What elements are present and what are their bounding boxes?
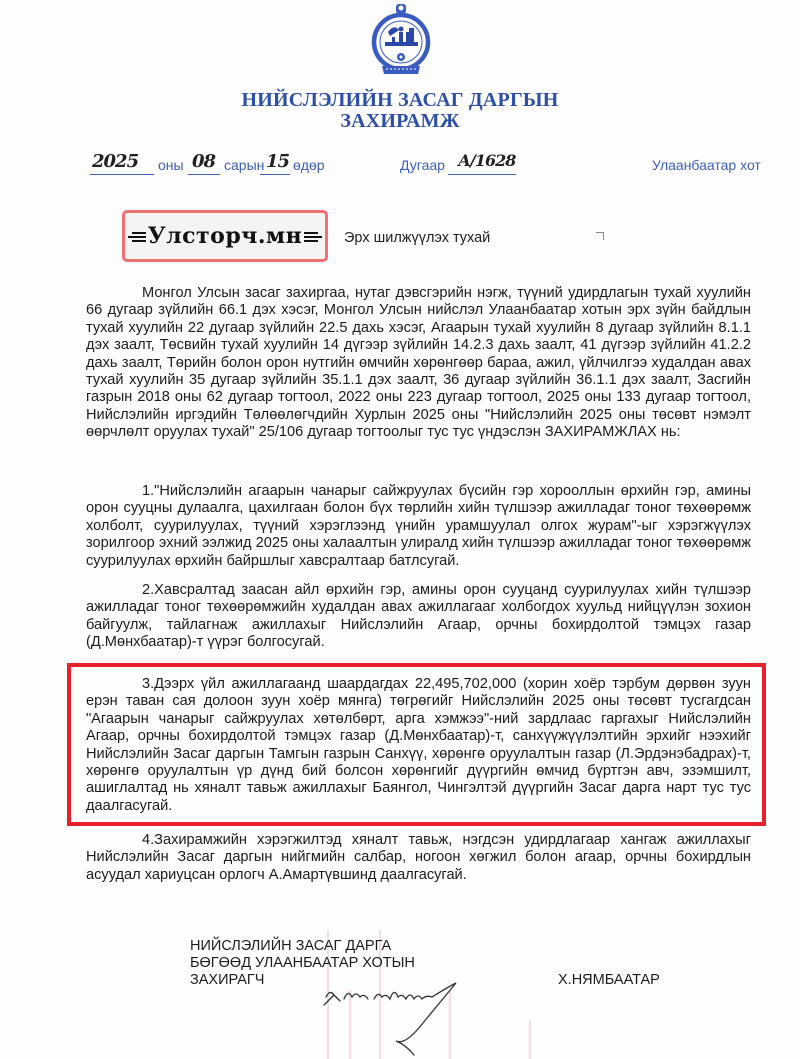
logo-right-wing-icon	[304, 231, 322, 241]
month-label: сарын	[224, 157, 264, 173]
document-subject: Эрх шилжүүлэх тухай	[344, 230, 490, 246]
item-text: Дээрх үйл ажиллагаанд шаардагдах 22,495,…	[86, 676, 751, 814]
item-number: 2.	[142, 582, 154, 598]
handwritten-year: 2025	[92, 151, 138, 172]
preamble-text: Монгол Улсын засаг захиргаа, нутаг дэвсг…	[86, 285, 751, 440]
ulstorch-watermark-logo: Улсторч.мн	[122, 210, 328, 262]
item-number: 4.	[142, 832, 154, 848]
decree-item-1: 1."Нийслэлийн агаарын чанарыг сайжруулах…	[86, 483, 751, 570]
item-number: 1.	[142, 483, 154, 499]
number-label: Дугаар	[400, 157, 445, 173]
preamble-paragraph: Монгол Улсын засаг захиргаа, нутаг дэвсг…	[86, 285, 751, 442]
state-emblem-soyombo-icon	[368, 2, 434, 82]
day-label: өдөр	[293, 157, 325, 173]
decree-item-2: 2.Хавсралтад заасан айл өрхийн гэр, амин…	[86, 582, 751, 652]
issuing-authority-title: НИЙСЛЭЛИЙН ЗАСАГ ДАРГЫН	[0, 89, 800, 112]
number-underline	[448, 174, 516, 175]
day-underline	[260, 174, 290, 175]
handwritten-signature	[318, 975, 468, 1059]
handwritten-number: А/1628	[458, 151, 515, 170]
signatory-name: Х.НЯМБААТАР	[558, 972, 660, 988]
document-type-title: ЗАХИРАМЖ	[0, 110, 800, 133]
decree-item-4: 4.Захирамжийн хэрэгжилтэд хяналт тавьж, …	[86, 832, 751, 884]
item-number: 3.	[142, 676, 154, 692]
year-label: оны	[158, 157, 184, 173]
item-text: Хавсралтад заасан айл өрхийн гэр, амины …	[86, 582, 751, 650]
place-label: Улаанбаатар хот	[652, 157, 761, 173]
position-line-1: НИЙСЛЭЛИЙН ЗАСАГ ДАРГА	[190, 938, 415, 955]
handwritten-month: 08	[192, 151, 215, 172]
position-line-2: БӨГӨӨД УЛААНБААТАР ХОТЫН	[190, 955, 415, 972]
year-underline	[90, 174, 154, 175]
handwritten-day: 15	[266, 151, 289, 172]
decree-item-3: 3.Дээрх үйл ажиллагаанд шаардагдах 22,49…	[86, 676, 751, 815]
logo-text: Улсторч.мн	[148, 223, 302, 249]
corner-bracket-mark	[596, 232, 604, 240]
date-number-line: 2025 оны 08 сарын 15 өдөр Дугаар А/1628 …	[0, 155, 800, 185]
item-text: "Нийслэлийн агаарын чанарыг сайжруулах б…	[86, 483, 751, 569]
decree-document: НИЙСЛЭЛИЙН ЗАСАГ ДАРГЫН ЗАХИРАМЖ 2025 он…	[0, 0, 800, 1059]
item-text: Захирамжийн хэрэгжилтэд хяналт тавьж, нэ…	[86, 832, 751, 883]
logo-left-wing-icon	[128, 231, 146, 241]
month-underline	[188, 174, 220, 175]
